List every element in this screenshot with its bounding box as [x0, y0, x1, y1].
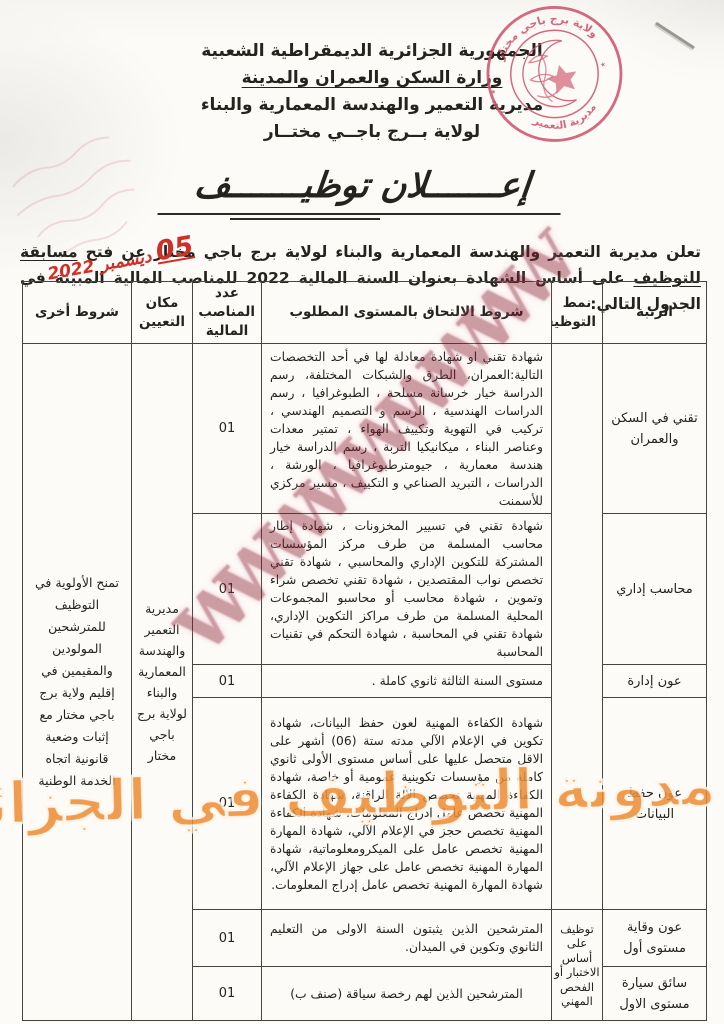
announcement-title: إعـــــــلان توظيـــــــف: [158, 166, 567, 215]
employment-mode-merged-cell: توظيف على أساس الاختبار أو الفحص المهني: [552, 910, 603, 1021]
col-header-employment-mode: نمط التوظيف: [552, 282, 603, 344]
jobs-table: الرتبة نمط التوظيف شروط الالتحاق بالمستو…: [22, 281, 707, 1021]
other-conditions-merged-cell: تمنح الأولوية في التوظيف للمترشحين المول…: [23, 344, 132, 1021]
requirements-cell: شهادة تقني في تسيير المخزونات ، شهادة إط…: [262, 514, 552, 665]
rank-cell: سائق سيارة مستوى الاول: [603, 967, 707, 1021]
requirements-cell: شهادة تقني او شهادة معادلة لها في أحد ال…: [262, 344, 552, 514]
col-header-positions-count: عدد المناصب المالية: [193, 282, 262, 344]
rank-cell: عون حفظ البيانات: [603, 698, 707, 910]
rank-cell: عون إدارة: [603, 665, 707, 698]
requirements-cell: المترشحين الذين لهم رخصة سياقة (صنف ب): [262, 967, 552, 1021]
stamp-star-right-icon: ٭: [599, 58, 608, 71]
col-header-other-conditions: شروط أخرى: [23, 282, 132, 344]
handwritten-date-day: 05: [153, 230, 195, 267]
employment-mode-empty-cell: [552, 344, 603, 910]
rank-cell: محاسب إداري: [603, 514, 707, 665]
col-header-location: مكان التعيين: [132, 282, 193, 344]
announcement-title-block: إعـــــــلان توظيـــــــف: [0, 166, 724, 220]
requirements-cell: شهادة الكفاءة المهنية لعون حفظ البيانات،…: [262, 698, 552, 910]
positions-count-cell: 01: [193, 910, 262, 967]
col-header-rank: الرتبة: [603, 282, 707, 344]
table-row: تقني في السكن والعمران شهادة تقني او شها…: [23, 344, 707, 514]
positions-count-cell: 01: [193, 344, 262, 514]
rank-cell: عون وقاية مستوى أول: [603, 910, 707, 967]
positions-count-cell: 01: [193, 967, 262, 1021]
location-merged-cell: مديرية التعمير والهندسة المعمارية والبنا…: [132, 344, 193, 1021]
positions-count-cell: 01: [193, 665, 262, 698]
col-header-requirements: شروط الالتحاق بالمستوى المطلوب: [262, 282, 552, 344]
table-header-row: الرتبة نمط التوظيف شروط الالتحاق بالمستو…: [23, 282, 707, 344]
rank-cell: تقني في السكن والعمران: [603, 344, 707, 514]
requirements-cell: المترشحين الذين يثبتون السنة الاولى من ا…: [262, 910, 552, 967]
positions-count-cell: 01: [193, 698, 262, 910]
positions-count-cell: 01: [193, 514, 262, 665]
staple-pen-mark: [655, 22, 695, 50]
scanned-job-announcement-page: الجمهورية الجزائرية الديمقراطية الشعبية …: [0, 0, 724, 1024]
title-secondary-underline: [230, 218, 380, 220]
stamp-emblem-crescent-star-icon: [516, 36, 584, 113]
requirements-cell: مستوى السنة الثالثة ثانوي كاملة .: [262, 665, 552, 698]
